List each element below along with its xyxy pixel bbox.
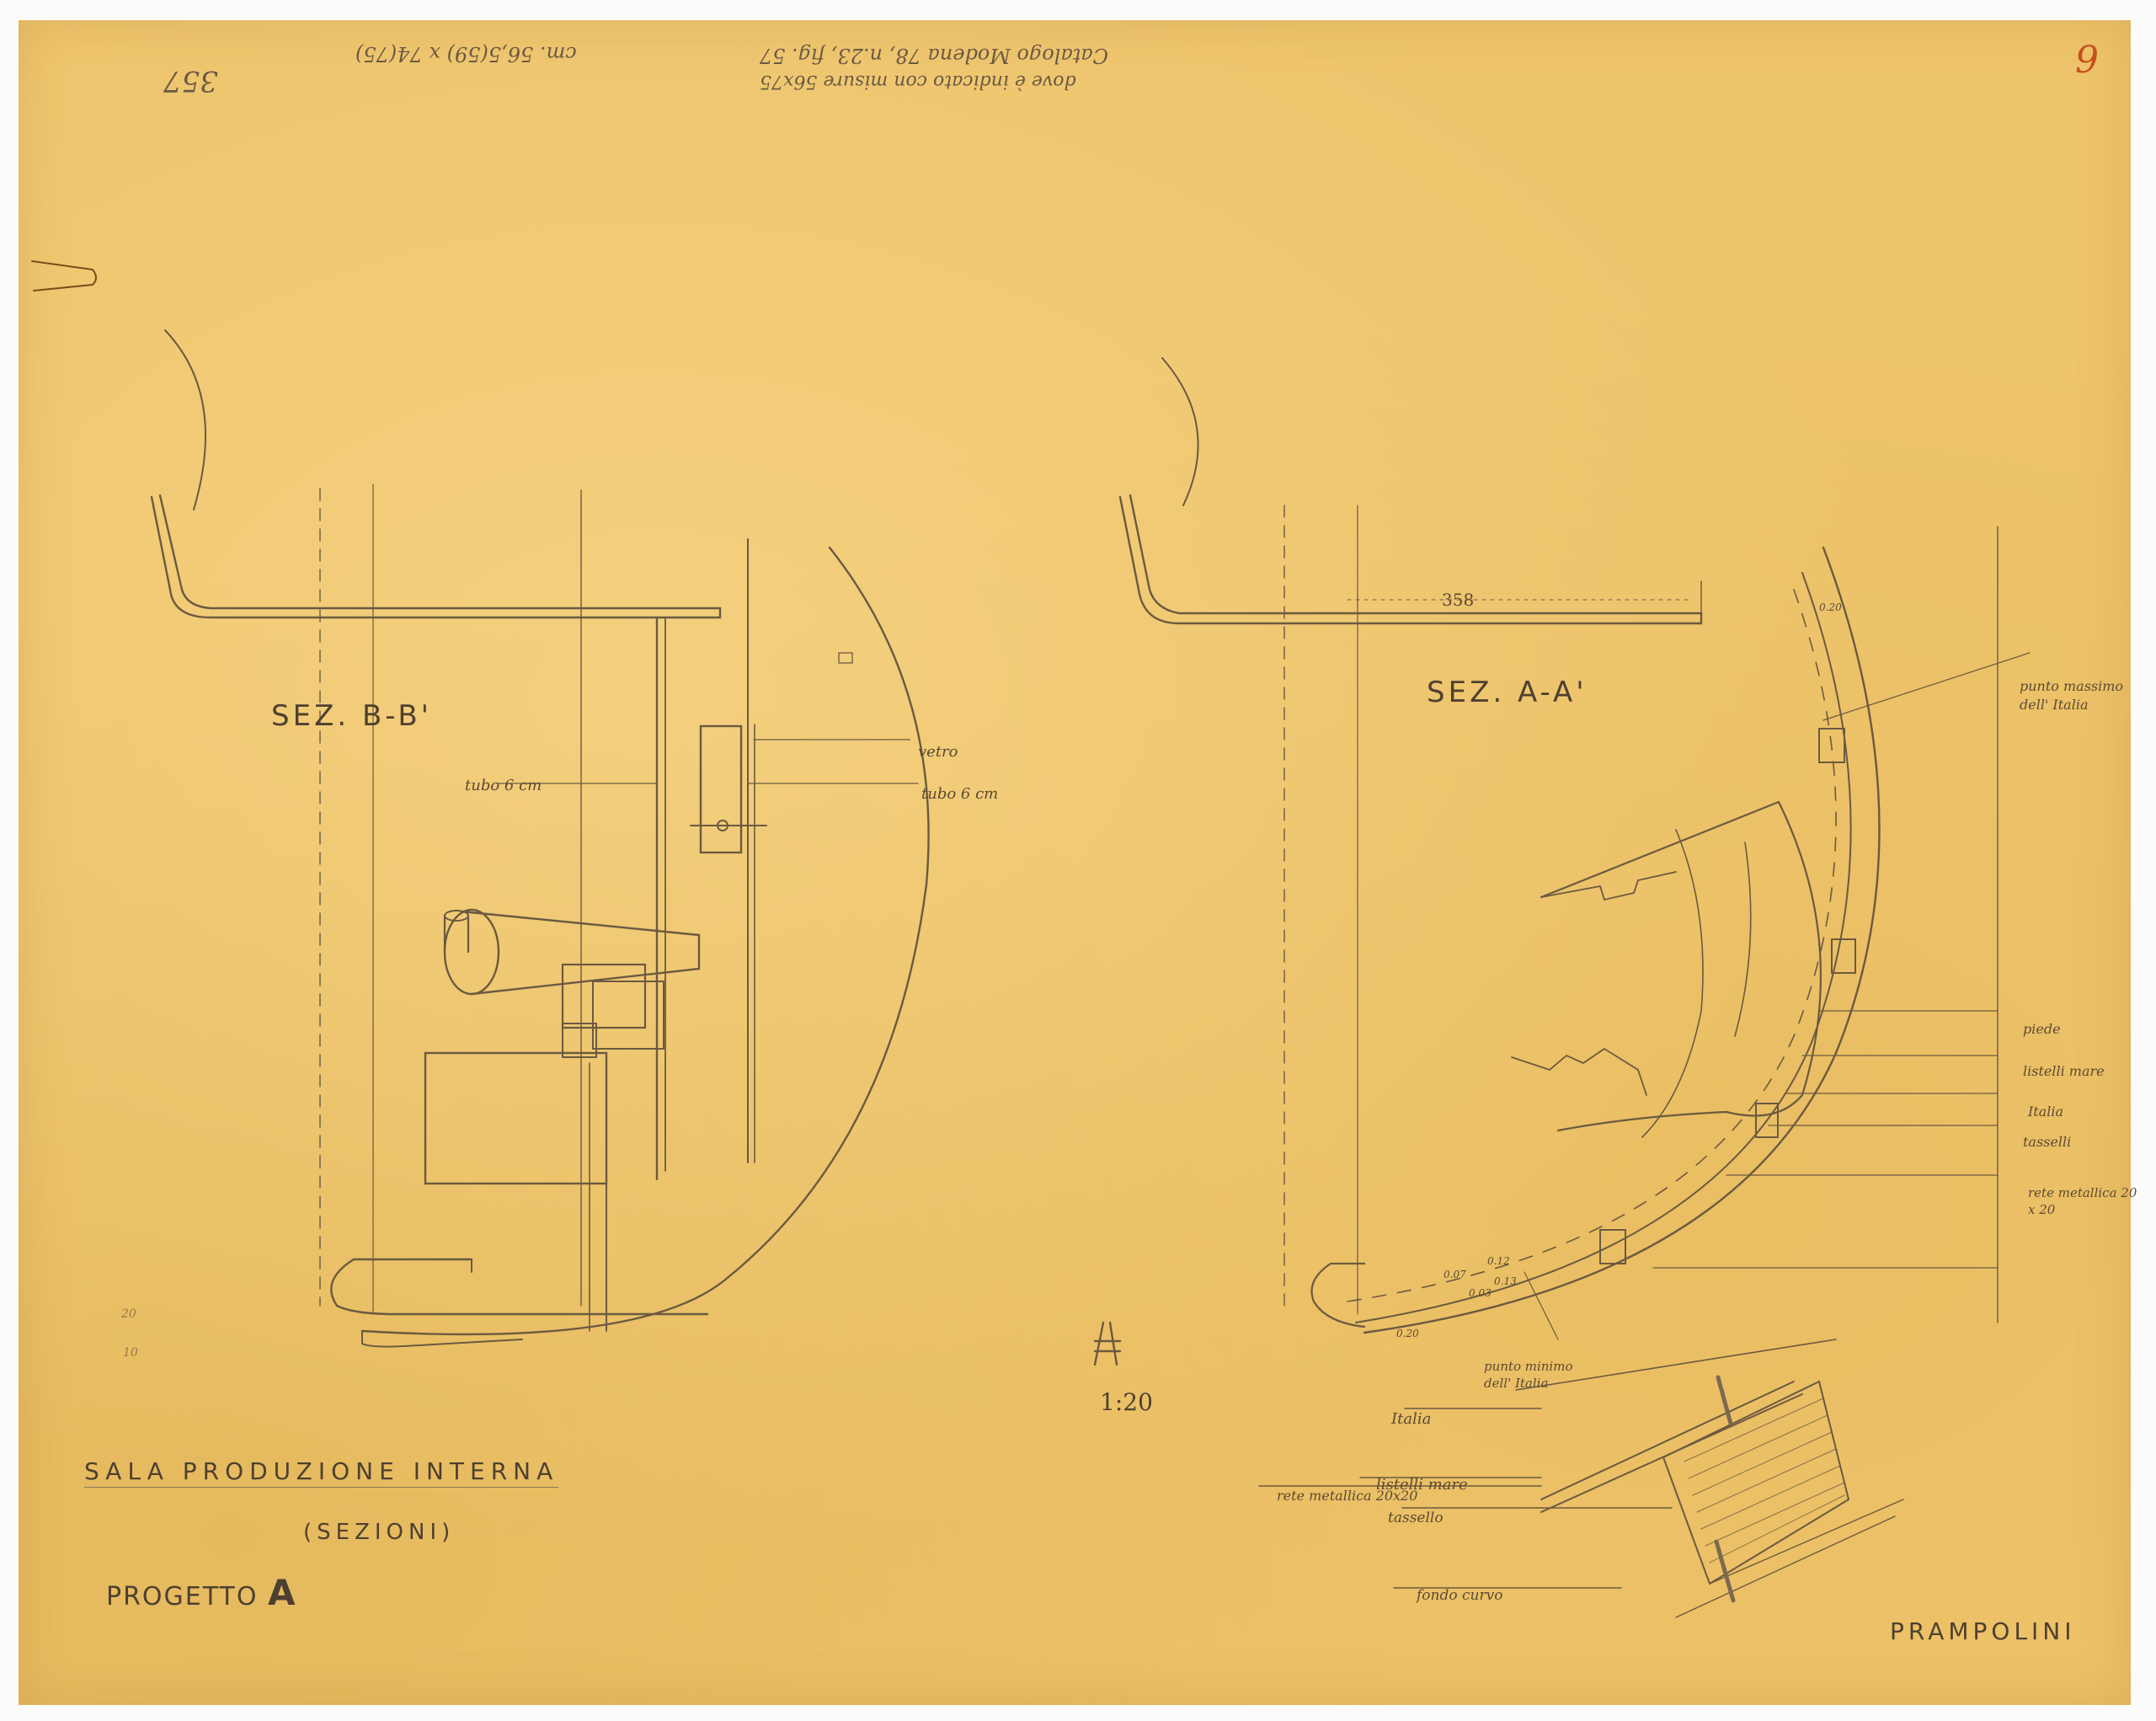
callout-listelli-mare: listelli mare [2023,1063,2105,1079]
margin-note-10: 10 [123,1346,138,1360]
architectural-drawing [19,20,2131,1705]
scale-symbol [1095,1323,1120,1365]
section-b-drawing [152,330,929,1347]
tracing-paper-sheet: 357 cm. 56,5(59) x 74(75) Catalogo Moden… [19,20,2131,1705]
detail-label-fondo: fondo curvo [1417,1587,1502,1604]
callout-piede: piede [2023,1021,2061,1037]
callout-rete-metallica: rete metallica 20 x 20 [2028,1184,2146,1218]
project-letter: A [268,1572,297,1613]
dim-020b: 0.20 [1819,601,1842,613]
dimension-358: 358 [1442,590,1474,610]
section-b-title: SEZ. B-B' [271,699,432,733]
dim-003: 0.03 [1469,1287,1492,1299]
title-line1: SALA PRODUZIONE INTERNA [84,1457,558,1488]
sheet-number: 9 [2075,39,2099,82]
section-a-title: SEZ. A-A' [1427,676,1588,709]
label-vetro: vetro [918,743,958,761]
margin-note-20: 20 [121,1307,136,1321]
dimensions-note: cm. 56,5(59) x 74(75) [355,42,577,66]
title-line2: (SEZIONI) [303,1520,455,1545]
callout-italia: Italia [2028,1104,2063,1120]
project-text: PROGETTO [106,1582,259,1611]
dim-020a: 0.20 [1396,1328,1419,1339]
callout-tasselli: tasselli [2023,1134,2071,1150]
label-tubo-right: tubo 6 cm [921,785,998,803]
scale-value: 1:20 [1100,1388,1153,1416]
detail-label-tassello: tassello [1388,1510,1444,1526]
label-tubo-left: tubo 6 cm [465,777,542,794]
dim-013: 0.13 [1494,1275,1517,1287]
author-signature: PRAMPOLINI [1890,1617,2076,1645]
inventory-stamp: 357 [163,64,218,98]
dim-007: 0.07 [1444,1269,1466,1280]
project-label: PROGETTO A [106,1572,297,1613]
note-punto-minimo: punto minimo dell' Italia [1484,1358,1585,1392]
catalog-note-line1: Catalogo Modena 78, n.23, fig. 57 [760,44,1108,67]
section-a-drawing [1120,358,2030,1339]
detail-label-rete: rete metallica 20x20 [1277,1488,1417,1504]
catalog-note-line2: dove è indicato con misure 56x75 [760,71,1076,92]
dim-012: 0.12 [1487,1255,1510,1267]
callout-punto-massimo: punto massimo dell' Italia [2020,677,2146,714]
detail-label-italia: Italia [1391,1410,1431,1428]
